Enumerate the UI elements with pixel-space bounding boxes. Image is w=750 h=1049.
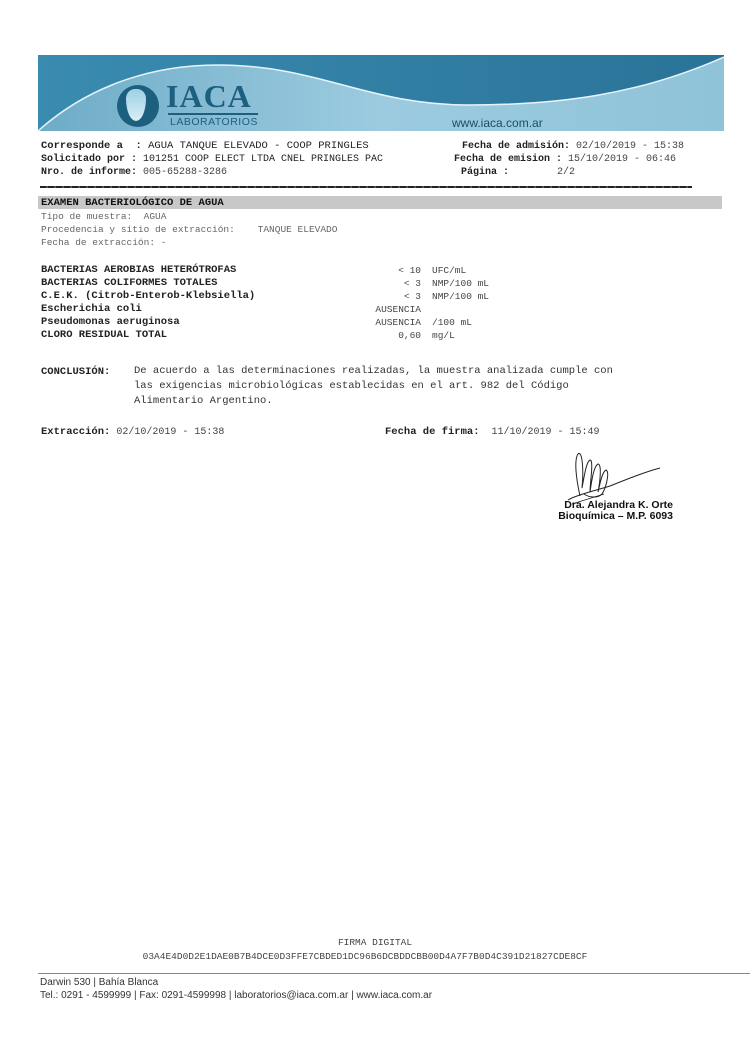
sign-date: Fecha de firma: 11/10/2019 - 15:49 (385, 426, 600, 438)
header-value: 02/10/2019 - 15:38 (570, 141, 684, 152)
result-name: BACTERIAS COLIFORMES TOTALES (41, 277, 217, 290)
result-value: 0,60 (398, 329, 421, 342)
conclusion-label: CONCLUSIÓN: (41, 366, 110, 378)
header-corresponde: Corresponde a : AGUA TANQUE ELEVADO - CO… (41, 140, 369, 153)
result-row: CLORO RESIDUAL TOTAL 0,60 mg/L (41, 329, 521, 342)
header-value: AGUA TANQUE ELEVADO - COOP PRINGLES (142, 140, 369, 152)
result-name: Pseudomonas aeruginosa (41, 316, 180, 329)
logo-divider (168, 113, 258, 115)
website-link[interactable]: www.iaca.com.ar (452, 116, 543, 130)
result-unit: NMP/100 mL (432, 290, 489, 303)
result-unit: mg/L (432, 329, 455, 342)
meta-fecha-extraccion: Fecha de extracción: - (41, 237, 166, 249)
result-name: Escherichia coli (41, 303, 142, 316)
result-value: < 3 (404, 277, 421, 290)
signer-block: Dra. Alejandra K. Orte Bioquímica – M.P.… (545, 500, 673, 522)
extraction-date: Extracción: 02/10/2019 - 15:38 (41, 426, 224, 438)
header-emision: Fecha de emision : 15/10/2019 - 06:46 (454, 153, 676, 166)
sign-date-label: Fecha de firma: (385, 426, 480, 438)
result-name: BACTERIAS AEROBIAS HETERÓTROFAS (41, 264, 236, 277)
result-value: AUSENCIA (375, 316, 421, 329)
result-row: BACTERIAS COLIFORMES TOTALES < 3 NMP/100… (41, 277, 521, 290)
result-value: AUSENCIA (375, 303, 421, 316)
extraction-value: 02/10/2019 - 15:38 (110, 427, 224, 438)
conclusion-text: De acuerdo a las determinaciones realiza… (134, 364, 694, 409)
meta-procedencia: Procedencia y sitio de extracción: TANQU… (41, 224, 337, 236)
result-row: Pseudomonas aeruginosa AUSENCIA /100 mL (41, 316, 521, 329)
header-divider (40, 186, 692, 188)
signer-title: Bioquímica – M.P. 6093 (545, 511, 673, 522)
result-row: C.E.K. (Citrob-Enterob-Klebsiella) < 3 N… (41, 290, 521, 303)
meta-value: - (155, 237, 166, 248)
header-solicitado: Solicitado por : 101251 COOP ELECT LTDA … (41, 153, 383, 166)
header-label: Página : (461, 167, 509, 178)
header-value: 101251 COOP ELECT LTDA CNEL PRINGLES PAC (137, 154, 383, 165)
header-value: 005-65288-3286 (137, 167, 227, 178)
brand-name: IACA (166, 80, 252, 112)
extraction-label: Extracción: (41, 426, 110, 438)
meta-label: Procedencia y sitio de extracción: (41, 224, 235, 235)
header-admision: Fecha de admisión: 02/10/2019 - 15:38 (462, 140, 684, 153)
header-value: 15/10/2019 - 06:46 (562, 154, 676, 165)
result-name: CLORO RESIDUAL TOTAL (41, 329, 167, 342)
meta-label: Tipo de muestra: (41, 211, 132, 222)
meta-tipo-muestra: Tipo de muestra: AGUA (41, 211, 166, 223)
footer-divider (38, 973, 750, 974)
result-unit: /100 mL (432, 316, 472, 329)
result-row: Escherichia coli AUSENCIA (41, 303, 521, 316)
footer-address: Darwin 530 | Bahía Blanca (40, 977, 158, 988)
result-value: < 3 (404, 290, 421, 303)
brand-subtitle: LABORATORIOS (170, 116, 258, 128)
header-label: Nro. de informe: (41, 167, 137, 178)
header-value: 2/2 (509, 167, 575, 178)
header-label: Fecha de admisión: (462, 141, 570, 152)
digital-signature-hash: 03A4E4D0D2E1DAE0B7B4DCE0D3FFE7CBDED1DC96… (0, 951, 730, 962)
result-name: C.E.K. (Citrob-Enterob-Klebsiella) (41, 290, 255, 303)
meta-value: AGUA (132, 211, 166, 222)
footer-contact: Tel.: 0291 - 4599999 | Fax: 0291-4599998… (40, 990, 432, 1001)
header-informe: Nro. de informe: 005-65288-3286 (41, 166, 227, 179)
header-pagina: Página : 2/2 (461, 166, 575, 179)
result-unit: UFC/mL (432, 264, 466, 277)
result-unit: NMP/100 mL (432, 277, 489, 290)
header-label: Fecha de emision : (454, 154, 562, 165)
digital-signature-label: FIRMA DIGITAL (0, 937, 750, 948)
header-label: Solicitado por : (41, 154, 137, 165)
result-value: < 10 (398, 264, 421, 277)
result-row: BACTERIAS AEROBIAS HETERÓTROFAS < 10 UFC… (41, 264, 521, 277)
meta-value: TANQUE ELEVADO (235, 224, 338, 235)
sign-date-value: 11/10/2019 - 15:49 (480, 427, 600, 438)
meta-label: Fecha de extracción: (41, 237, 155, 248)
section-title: EXAMEN BACTERIOLÓGICO DE AGUA (41, 197, 224, 209)
header-label: Corresponde a : (41, 140, 142, 152)
